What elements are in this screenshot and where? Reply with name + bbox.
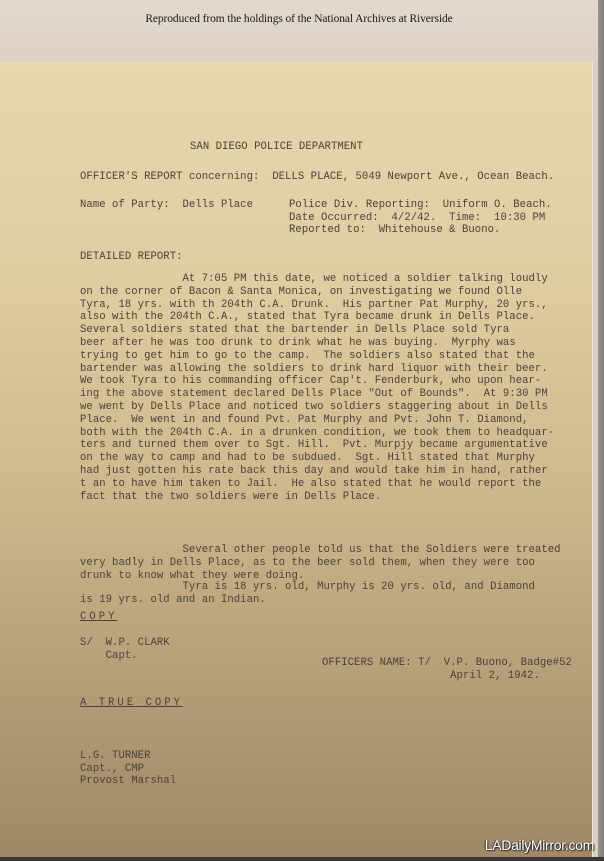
page-bottom-shadow (0, 857, 604, 861)
officers-name-block: OFFICERS NAME: T/ V.P. Buono, Badge#52 A… (322, 657, 572, 682)
detailed-report-label: DETAILED REPORT: (80, 251, 183, 264)
copy-stamp: COPY (80, 611, 117, 624)
certifier-turner: L.G. TURNER Capt., CMP Provost Marshal (80, 750, 176, 788)
archive-holdings-note: Reproduced from the holdings of the Nati… (0, 13, 598, 25)
true-copy-stamp: A TRUE COPY (80, 697, 183, 710)
division-date-block: Police Div. Reporting: Uniform O. Beach.… (289, 199, 552, 237)
report-paragraph-2: Several other people told us that the So… (80, 544, 561, 582)
name-of-party: Name of Party: Dells Place (80, 199, 253, 212)
report-paragraph-1: At 7:05 PM this date, we noticed a soldi… (80, 273, 554, 503)
department-title: SAN DIEGO POLICE DEPARTMENT (190, 141, 363, 154)
report-paragraph-3: Tyra is 18 yrs. old, Murphy is 20 yrs. o… (80, 581, 535, 607)
site-watermark: LADailyMirror.com (485, 837, 594, 853)
signature-clark: S/ W.P. CLARK Capt. (80, 637, 170, 662)
page-edge (598, 0, 604, 861)
report-concerning-line: OFFICER'S REPORT concerning: DELLS PLACE… (80, 171, 554, 184)
archive-header-band: Reproduced from the holdings of the Nati… (0, 0, 598, 62)
